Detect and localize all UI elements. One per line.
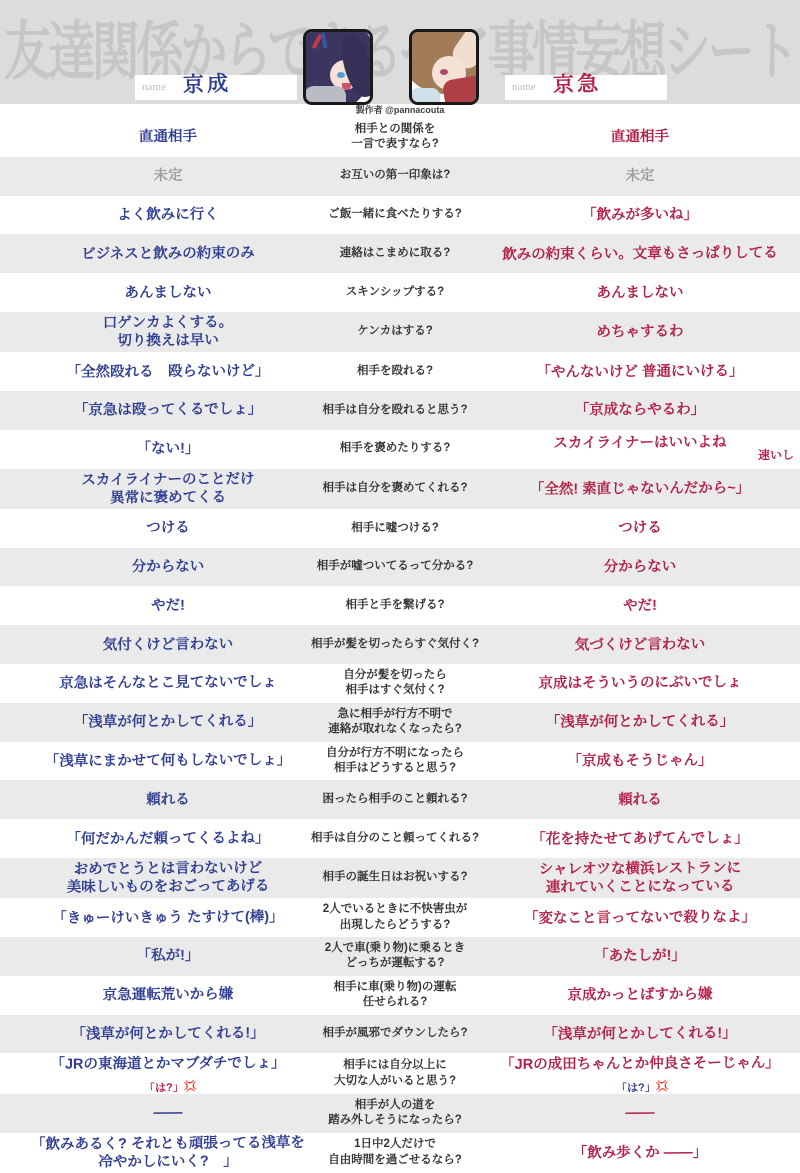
right-answer: 「浅草が何とかしてくれる!」 (480, 1022, 800, 1046)
qa-row: 京急運転荒いから嫌 相手に車(乗り物)の運転 任せられる? 京成かっとばすから嫌 (0, 976, 800, 1015)
right-answer: 「京成もそうじゃん」 (480, 749, 800, 773)
right-name-value: 京急 (552, 67, 601, 99)
left-answer-text: 分からない (132, 559, 205, 576)
left-answer: 気付くけど言わない (0, 633, 310, 657)
right-answer: 飲みの約束くらい。文章もさっぱりしてる (480, 242, 800, 266)
qa-row: 口ゲンカよくする。 切り換えは早い ケンカはする? めちゃするわ (0, 312, 800, 352)
left-answer: ―― (0, 1101, 310, 1125)
right-name-field: name 京急 (505, 75, 667, 100)
right-answer-text: あんましない (596, 284, 683, 301)
left-answer-text: 「ない!」 (137, 441, 200, 457)
avatar-eye (440, 69, 448, 75)
creator-credit: 製作者 @pannacouta (0, 103, 800, 116)
left-answer-text: 「浅草が何とかしてくれる」 (74, 713, 263, 730)
right-answer-text: 「やんないけど 普通にいける」 (536, 363, 743, 380)
right-answer: 分からない (480, 555, 800, 579)
right-answer-text: 気づくけど言わない (575, 636, 706, 653)
qa-row: 「浅草が何とかしてくれる!」 相手が風邪でダウンしたら? 「浅草が何とかしてくれ… (0, 1015, 800, 1054)
left-answer: 「何だかんだ頼ってくるよね」 (0, 826, 310, 850)
left-answer-text: つける (146, 520, 190, 536)
left-answer-text: 気付くけど言わない (103, 636, 234, 653)
right-answer: 「やんないけど 普通にいける」 (480, 359, 800, 383)
qa-row: 「JRの東海道とかマブダチでしょ」「は?」💢 相手には自分以上に 大切な人がいる… (0, 1053, 800, 1093)
question-text: 相手は自分を殴れると思う? (310, 403, 480, 419)
right-answer-text: 「京成もそうじゃん」 (567, 752, 712, 769)
left-answer: 「浅草が何とかしてくれる」 (0, 710, 310, 734)
qa-row: 「京急は殴ってくるでしょ」 相手は自分を殴れると思う? 「京成ならやるわ」 (0, 391, 800, 430)
left-answer-text: 「JRの東海道とかマブダチでしょ」 (50, 1056, 285, 1074)
right-answer-text: 「飲み歩くか ——」 (573, 1144, 708, 1161)
right-answer-text: つける (618, 520, 662, 536)
right-answer: 「JRの成田ちゃんとか仲良さそーじゃん」「は?」💢 (480, 1052, 800, 1094)
left-answer: 京急はそんなとこ見てないでしょ (0, 671, 310, 695)
left-name-label: name (142, 81, 166, 93)
qa-row: 京急はそんなとこ見てないでしょ 自分が髪を切ったら 相手はすぐ気付く? 京成はそ… (0, 664, 800, 703)
qa-row: 「きゅーけいきゅう たすけて(棒)」 2人でいるときに不快害虫が 出現したらどう… (0, 898, 800, 937)
left-answer: 「JRの東海道とかマブダチでしょ」「は?」💢 (0, 1052, 310, 1094)
right-answer-text: 直通相手 (611, 129, 669, 145)
right-answer-text: スカイライナーはいいよね (553, 435, 726, 452)
question-text: 相手は自分を褒めてくれる? (310, 481, 480, 497)
question-text: 困ったら相手のこと頼れる? (310, 792, 480, 808)
right-answer-text: 「あたしが!」 (594, 948, 686, 965)
qa-rows: 直通相手 相手との関係を 一言で表すなら? 直通相手 未定 お互いの第一印象は?… (0, 118, 800, 1173)
left-answer: 「きゅーけいきゅう たすけて(棒)」 (0, 906, 310, 930)
qa-row: つける 相手に嘘つける? つける (0, 509, 800, 548)
left-answer-text: あんましない (124, 284, 211, 301)
right-answer-text: 京成はそういうのにぶいでしょ (538, 675, 741, 692)
question-text: 相手を殴れる? (310, 364, 480, 380)
qa-row: 頼れる 困ったら相手のこと頼れる? 頼れる (0, 780, 800, 819)
left-answer-text: 「全然殴れる 殴らないけど」 (66, 363, 269, 380)
right-answer-text: 「JRの成田ちゃんとか仲良さそーじゃん」 (500, 1056, 780, 1074)
right-answer: 頼れる (480, 788, 800, 812)
left-answer-text: 「浅草が何とかしてくれる!」 (71, 1025, 264, 1042)
question-text: 自分が髪を切ったら 相手はすぐ気付く? (310, 668, 480, 699)
left-answer-text: ビジネスと飲みの約束のみ (81, 245, 255, 262)
left-answer-text: 「飲みあるく? それとも頑張ってる浅草を 冷やかしにいく? 」 (31, 1134, 305, 1170)
question-text: 相手が風邪でダウンしたら? (310, 1026, 480, 1042)
question-text: ケンカはする? (310, 324, 480, 340)
right-answer-text: 「京成ならやるわ」 (575, 402, 706, 419)
left-name-value: 京成 (182, 67, 231, 99)
right-answer: 「あたしが!」 (480, 944, 800, 968)
right-answer: 未定 (480, 164, 800, 188)
right-answer: 「花を持たせてあげてんでしょ」 (480, 826, 800, 850)
qa-row: 直通相手 相手との関係を 一言で表すなら? 直通相手 (0, 118, 800, 157)
question-text: 相手との関係を 一言で表すなら? (310, 122, 480, 153)
right-answer-text: シャレオツな横浜レストランに 連れていくことになっている (539, 860, 741, 895)
right-answer-text: めちゃするわ (596, 324, 683, 341)
qa-row: 「ない!」 相手を褒めたりする? スカイライナーはいいよね速いし (0, 430, 800, 469)
question-text: 相手に嘘つける? (310, 521, 480, 537)
question-text: 相手が髪を切ったらすぐ気付く? (310, 637, 480, 653)
right-answer: ―― (480, 1101, 800, 1125)
right-answer-text: 「浅草が何とかしてくれる!」 (543, 1025, 736, 1042)
right-answer-text: 「浅草が何とかしてくれる」 (546, 714, 735, 731)
right-answer-text: 「変なこと言ってないで殺りなよ」 (524, 909, 756, 927)
left-character-avatar (303, 29, 373, 105)
left-answer-text: よく飲みに行く (117, 206, 219, 223)
question-text: 相手に車(乗り物)の運転 任せられる? (310, 980, 480, 1011)
left-answer-text: 京急はそんなとこ見てないでしょ (59, 675, 277, 693)
left-answer: 「ない!」 (0, 437, 310, 461)
question-text: 連絡はこまめに取る? (310, 246, 480, 262)
right-answer-text: 分からない (604, 559, 677, 576)
question-text: 相手は自分のこと頼ってくれる? (310, 831, 480, 847)
right-answer-text: 飲みの約束くらい。文章もさっぱりしてる (502, 245, 778, 263)
right-answer: 「全然! 素直じゃないんだから~」 (480, 477, 800, 501)
avatar-eye (337, 72, 345, 78)
qa-row: あんましない スキンシップする? あんましない (0, 273, 800, 312)
question-text: 急に相手が行方不明で 連絡が取れなくなったら? (310, 707, 480, 738)
left-answer: 「私が!」 (0, 944, 310, 968)
left-answer-text: やだ! (151, 598, 185, 614)
right-answer: シャレオツな横浜レストランに 連れていくことになっている (480, 857, 800, 899)
question-text: 2人で車(乗り物)に乗るとき どっちが運転する? (310, 941, 480, 972)
right-answer: 「飲みが多いね」 (480, 203, 800, 227)
sheet-header: 友達関係からできるペア事情妄想シート name 京成 name 京急 (0, 0, 800, 104)
question-text: 2人でいるときに不快害虫が 出現したらどうする? (310, 902, 480, 933)
qa-row: 「私が!」 2人で車(乗り物)に乗るとき どっちが運転する? 「あたしが!」 (0, 937, 800, 976)
qa-row: スカイライナーのことだけ 異常に褒めてくる 相手は自分を褒めてくれる? 「全然!… (0, 469, 800, 509)
right-answer: 気づくけど言わない (480, 632, 800, 656)
right-answer: 「京成ならやるわ」 (480, 398, 800, 422)
right-answer: 「変なこと言ってないで殺りなよ」 (480, 906, 800, 930)
left-answer-text: 「私が!」 (137, 948, 200, 964)
left-answer: ビジネスと飲みの約束のみ (0, 242, 310, 266)
question-text: 相手が嘘ついてるって分かる? (310, 559, 480, 575)
question-text: 自分が行方不明になったら 相手はどうすると思う? (310, 746, 480, 777)
left-answer: よく飲みに行く (0, 203, 310, 227)
left-answer: 未定 (0, 164, 310, 188)
qa-row: やだ! 相手と手を繋げる? やだ! (0, 586, 800, 625)
right-answer: 京成かっとばすから嫌 (480, 983, 800, 1007)
qa-row: 「何だかんだ頼ってくるよね」 相手は自分のこと頼ってくれる? 「花を持たせてあげ… (0, 819, 800, 858)
right-answer: あんましない (480, 280, 800, 304)
right-answer: 京成はそういうのにぶいでしょ (480, 671, 800, 695)
left-answer: やだ! (0, 594, 310, 618)
question-text: 相手の誕生日はお祝いする? (310, 870, 480, 886)
left-answer-text: 「京急は殴ってくるでしょ」 (74, 402, 262, 419)
left-answer: 京急運転荒いから嫌 (0, 983, 310, 1007)
left-answer-text: 直通相手 (139, 129, 197, 145)
left-answer: 口ゲンカよくする。 切り換えは早い (0, 311, 310, 353)
qa-row: ―― 相手が人の道を 踏み外しそうになったら? ―― (0, 1094, 800, 1133)
fantasy-sheet: 友達関係からできるペア事情妄想シート name 京成 name 京急 製作者 @… (0, 0, 800, 1173)
qa-row: おめでとうとは言わないけど 美味しいものをおごってあげる 相手の誕生日はお祝いす… (0, 858, 800, 898)
question-text: 1日中2人だけで 自由時間を過ごせるなら? (310, 1137, 480, 1168)
left-answer-text: スカイライナーのことだけ 異常に褒めてくる (81, 471, 254, 506)
left-answer: あんましない (0, 280, 310, 304)
right-character-avatar (409, 29, 479, 105)
avatar-uniform (304, 86, 346, 105)
right-answer: めちゃするわ (480, 320, 800, 344)
right-answer-text: 未定 (625, 168, 654, 184)
left-answer: 直通相手 (0, 125, 310, 149)
left-answer-text: 未定 (153, 168, 182, 184)
qa-row: 分からない 相手が嘘ついてるって分かる? 分からない (0, 548, 800, 587)
sheet-title: 友達関係からできるペア事情妄想シート (0, 2, 800, 92)
left-answer-text: 「きゅーけいきゅう たすけて(棒)」 (52, 909, 283, 927)
left-answer: 頼れる (0, 788, 310, 812)
left-answer-text: おめでとうとは言わないけど 美味しいものをおごってあげる (67, 860, 270, 895)
left-answer-text: ―― (153, 1105, 182, 1121)
left-answer-text: 「浅草にまかせて何もしないでしょ」 (45, 752, 292, 770)
left-answer: 「浅草にまかせて何もしないでしょ」 (0, 749, 310, 773)
left-answer: 「浅草が何とかしてくれる!」 (0, 1022, 310, 1046)
right-answer: 「飲み歩くか ——」 (480, 1140, 800, 1164)
right-answer: スカイライナーはいいよね速いし (480, 431, 800, 467)
left-answer: つける (0, 516, 310, 540)
right-name-label: name (512, 81, 536, 93)
question-text: ご飯一緒に食べたりする? (310, 207, 480, 223)
question-text: お互いの第一印象は? (310, 168, 480, 184)
right-answer-text: ―― (625, 1105, 654, 1121)
qa-row: 「全然殴れる 殴らないけど」 相手を殴れる? 「やんないけど 普通にいける」 (0, 352, 800, 391)
left-answer-text: 口ゲンカよくする。 切り換えは早い (103, 314, 233, 349)
right-answer-text: 京成かっとばすから嫌 (567, 987, 712, 1004)
left-answer: 「全然殴れる 殴らないけど」 (0, 359, 310, 383)
right-answer: 直通相手 (480, 125, 800, 149)
left-answer: スカイライナーのことだけ 異常に褒めてくる (0, 468, 310, 510)
left-answer: 「京急は殴ってくるでしょ」 (0, 398, 310, 422)
question-text: 相手と手を繋げる? (310, 598, 480, 614)
qa-row: 気付くけど言わない 相手が髪を切ったらすぐ気付く? 気づくけど言わない (0, 625, 800, 664)
qa-row: 未定 お互いの第一印象は? 未定 (0, 157, 800, 196)
qa-row: よく飲みに行く ご飯一緒に食べたりする? 「飲みが多いね」 (0, 196, 800, 235)
left-answer-text: 「何だかんだ頼ってくるよね」 (66, 830, 269, 847)
question-text: 相手には自分以上に 大切な人がいると思う? (310, 1058, 480, 1089)
right-answer-text: 頼れる (618, 792, 662, 808)
qa-row: 「浅草にまかせて何もしないでしょ」 自分が行方不明になったら 相手はどうすると思… (0, 742, 800, 781)
right-answer-text: 「飲みが多いね」 (582, 207, 698, 224)
qa-row: 「浅草が何とかしてくれる」 急に相手が行方不明で 連絡が取れなくなったら? 「浅… (0, 703, 800, 742)
qa-row: ビジネスと飲みの約束のみ 連絡はこまめに取る? 飲みの約束くらい。文章もさっぱり… (0, 234, 800, 273)
question-text: 相手を褒めたりする? (310, 441, 480, 457)
question-text: スキンシップする? (310, 285, 480, 301)
right-answer-text: 「全然! 素直じゃないんだから~」 (530, 480, 750, 498)
right-answer: つける (480, 516, 800, 540)
question-text: 相手が人の道を 踏み外しそうになったら? (310, 1098, 480, 1129)
avatar-shirt (410, 88, 440, 105)
right-answer: 「浅草が何とかしてくれる」 (480, 710, 800, 734)
left-answer-text: 京急運転荒いから嫌 (103, 987, 234, 1004)
left-answer: 分からない (0, 555, 310, 579)
right-answer-text: 「花を持たせてあげてんでしょ」 (531, 830, 749, 848)
left-name-field: name 京成 (135, 75, 297, 100)
right-answer-text: やだ! (623, 598, 657, 614)
left-answer-text: 頼れる (146, 792, 190, 808)
right-answer: やだ! (480, 594, 800, 618)
left-answer: おめでとうとは言わないけど 美味しいものをおごってあげる (0, 857, 310, 899)
